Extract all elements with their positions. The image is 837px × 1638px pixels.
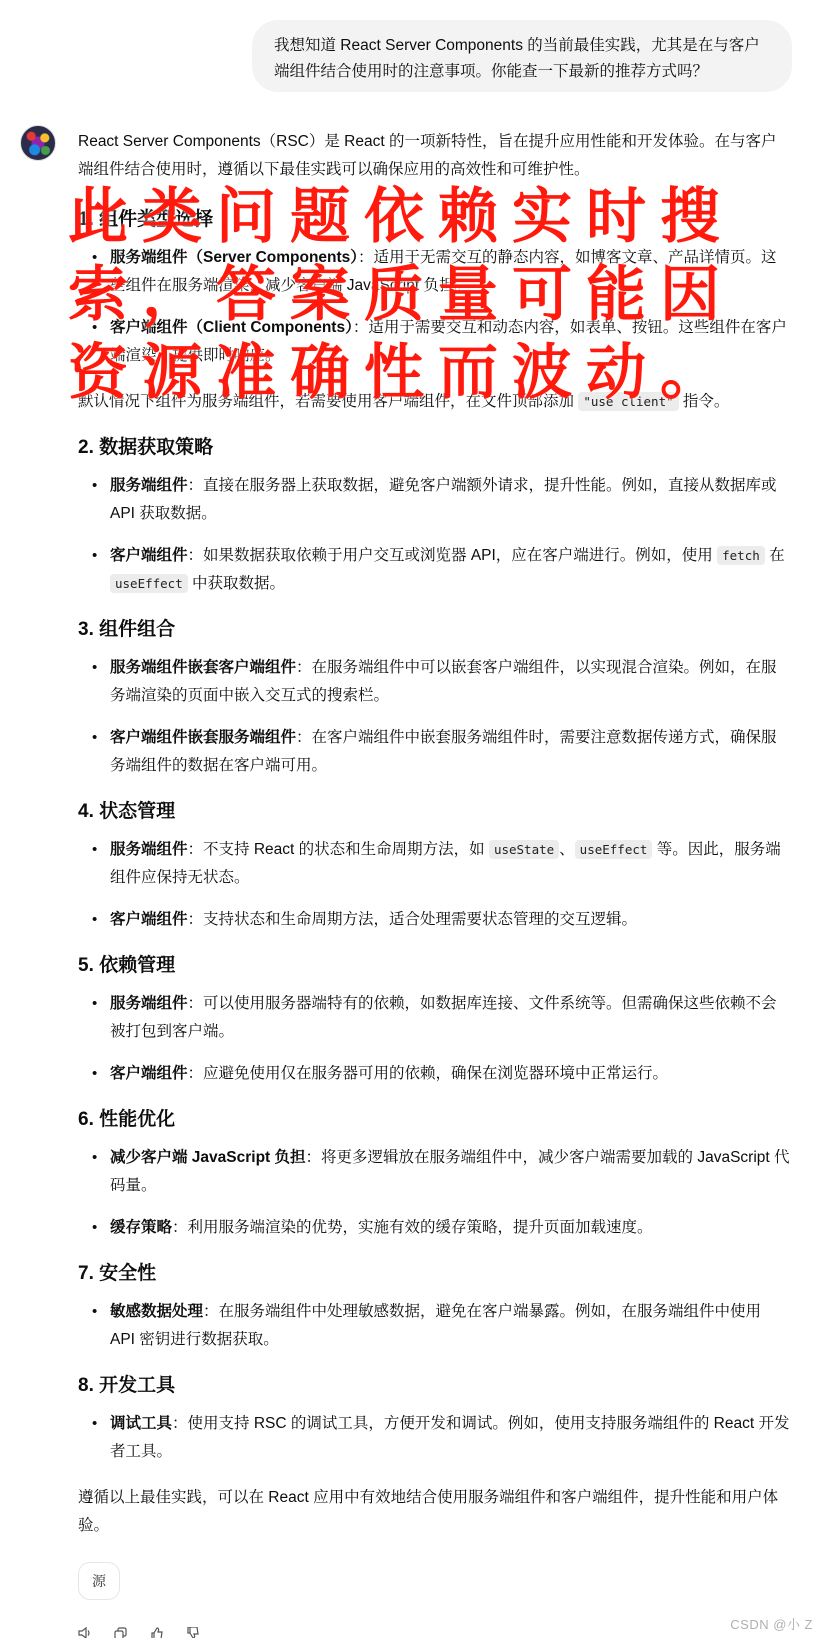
item-label: 客户端组件（Client Components） [110,319,353,336]
section-8: 8. 开发工具 • 调试工具：使用支持 RSC 的调试工具，方便开发和调试。例如… [78,1372,790,1466]
bullet-icon: • [92,1144,97,1172]
section-title: 3. 组件组合 [78,616,790,644]
item-label: 客户端组件 [110,1065,188,1082]
source-button[interactable]: 源 [78,1562,120,1600]
copy-icon[interactable] [114,1626,128,1638]
list-item: • 服务端组件：不支持 React 的状态和生命周期方法，如 useState、… [78,836,790,892]
bullet-icon: • [92,836,97,864]
thumbs-down-icon[interactable] [186,1626,200,1638]
bullet-icon: • [92,1298,97,1326]
user-message-bubble: 我想知道 React Server Components 的当前最佳实践，尤其是… [252,20,792,92]
bullet-icon: • [92,472,97,500]
section-4: 4. 状态管理 • 服务端组件：不支持 React 的状态和生命周期方法，如 u… [78,798,790,934]
bullet-icon: • [92,1410,97,1438]
user-message-text: 我想知道 React Server Components 的当前最佳实践，尤其是… [274,37,760,80]
inline-code: useEffect [110,574,188,593]
item-text: ：使用支持 RSC 的调试工具，方便开发和调试。例如，使用支持服务端组件的 Re… [110,1415,789,1460]
inline-code: useEffect [575,840,653,859]
item-label: 客户端组件 [110,911,188,928]
answer-summary: 遵循以上最佳实践，可以在 React 应用中有效地结合使用服务端组件和客户端组件… [78,1484,790,1540]
section-7: 7. 安全性 • 敏感数据处理：在服务端组件中处理敏感数据，避免在客户端暴露。例… [78,1260,790,1354]
bullet-icon: • [92,1214,97,1242]
list-item: • 减少客户端 JavaScript 负担：将更多逻辑放在服务端组件中，减少客户… [78,1144,790,1200]
section-6: 6. 性能优化 • 减少客户端 JavaScript 负担：将更多逻辑放在服务端… [78,1106,790,1242]
list-item: • 服务端组件（Server Components）：适用于无需交互的静态内容，… [78,244,790,300]
watermark: CSDN @小 Z [730,1614,813,1633]
list-item: • 服务端组件：直接在服务器上获取数据，避免客户端额外请求，提升性能。例如，直接… [78,472,790,528]
note-text: 指令。 [679,393,730,410]
item-text: 、 [559,841,575,858]
item-text: ：支持状态和生命周期方法，适合处理需要状态管理的交互逻辑。 [188,911,638,928]
list-item: • 客户端组件（Client Components）：适用于需要交互和动态内容，… [78,314,790,370]
section-3: 3. 组件组合 • 服务端组件嵌套客户端组件：在服务端组件中可以嵌套客户端组件，… [78,616,790,780]
item-text: ：利用服务端渲染的优势，实施有效的缓存策略，提升页面加载速度。 [172,1219,653,1236]
list-item: • 客户端组件：应避免使用仅在服务器可用的依赖，确保在浏览器环境中正常运行。 [78,1060,790,1088]
section-2: 2. 数据获取策略 • 服务端组件：直接在服务器上获取数据，避免客户端额外请求，… [78,434,790,598]
section-title: 7. 安全性 [78,1260,790,1288]
item-label: 服务端组件 [110,841,188,858]
list-item: • 敏感数据处理：在服务端组件中处理敏感数据，避免在客户端暴露。例如，在服务端组… [78,1298,790,1354]
bullet-icon: • [92,314,97,342]
bullet-icon: • [92,990,97,1018]
item-label: 客户端组件嵌套服务端组件 [110,729,296,746]
list-item: • 服务端组件：可以使用服务器端特有的依赖，如数据库连接、文件系统等。但需确保这… [78,990,790,1046]
bullet-icon: • [92,1060,97,1088]
item-label: 减少客户端 JavaScript 负担 [110,1149,306,1166]
item-label: 服务端组件 [110,995,188,1012]
message-actions [78,1626,200,1638]
list-item: • 客户端组件：如果数据获取依赖于用户交互或浏览器 API，应在客户端进行。例如… [78,542,790,598]
list-item: • 缓存策略：利用服务端渲染的优势，实施有效的缓存策略，提升页面加载速度。 [78,1214,790,1242]
bullet-icon: • [92,244,97,272]
assistant-answer: React Server Components（RSC）是 React 的一项新… [78,128,790,1600]
inline-code: useState [489,840,559,859]
item-text: 中获取数据。 [188,575,285,592]
item-label: 缓存策略 [110,1219,172,1236]
item-label: 敏感数据处理 [110,1303,203,1320]
bullet-icon: • [92,542,97,570]
answer-intro: React Server Components（RSC）是 React 的一项新… [78,128,790,184]
item-text: ：直接在服务器上获取数据，避免客户端额外请求，提升性能。例如，直接从数据库或 A… [110,477,777,522]
section-1: 1. 组件类型选择 • 服务端组件（Server Components）：适用于… [78,206,790,416]
section-title: 4. 状态管理 [78,798,790,826]
list-item: • 调试工具：使用支持 RSC 的调试工具，方便开发和调试。例如，使用支持服务端… [78,1410,790,1466]
item-text: ：应避免使用仅在服务器可用的依赖，确保在浏览器环境中正常运行。 [188,1065,669,1082]
source-button-label: 源 [92,1567,106,1595]
section-title: 6. 性能优化 [78,1106,790,1134]
section-title: 8. 开发工具 [78,1372,790,1400]
bullet-icon: • [92,724,97,752]
item-label: 客户端组件 [110,547,188,564]
list-item: • 客户端组件嵌套服务端组件：在客户端组件中嵌套服务端组件时，需要注意数据传递方… [78,724,790,780]
inline-code: fetch [717,546,765,565]
item-text: ：可以使用服务器端特有的依赖，如数据库连接、文件系统等。但需确保这些依赖不会被打… [110,995,777,1040]
list-item: • 服务端组件嵌套客户端组件：在服务端组件中可以嵌套客户端组件，以实现混合渲染。… [78,654,790,710]
item-label: 服务端组件 [110,477,188,494]
item-label: 服务端组件（Server Components） [110,249,358,266]
bullet-icon: • [92,654,97,682]
speaker-icon[interactable] [78,1626,92,1638]
section-title: 2. 数据获取策略 [78,434,790,462]
note-text: 默认情况下组件为服务端组件，若需要使用客户端组件，在文件顶部添加 [78,393,578,410]
assistant-avatar [20,125,56,161]
item-text: ：在服务端组件中处理敏感数据，避免在客户端暴露。例如，在服务端组件中使用 API… [110,1303,761,1348]
inline-code: "use client" [578,392,678,411]
thumbs-up-icon[interactable] [150,1626,164,1638]
section-title: 5. 依赖管理 [78,952,790,980]
bullet-icon: • [92,906,97,934]
item-text: ：如果数据获取依赖于用户交互或浏览器 API，应在客户端进行。例如，使用 [188,547,718,564]
section-title: 1. 组件类型选择 [78,206,790,234]
item-text: ：不支持 React 的状态和生命周期方法，如 [188,841,489,858]
item-label: 服务端组件嵌套客户端组件 [110,659,296,676]
section-note: 默认情况下组件为服务端组件，若需要使用客户端组件，在文件顶部添加 "use cl… [78,388,790,416]
list-item: • 客户端组件：支持状态和生命周期方法，适合处理需要状态管理的交互逻辑。 [78,906,790,934]
item-label: 调试工具 [110,1415,172,1432]
item-text: 在 [765,547,785,564]
section-5: 5. 依赖管理 • 服务端组件：可以使用服务器端特有的依赖，如数据库连接、文件系… [78,952,790,1088]
